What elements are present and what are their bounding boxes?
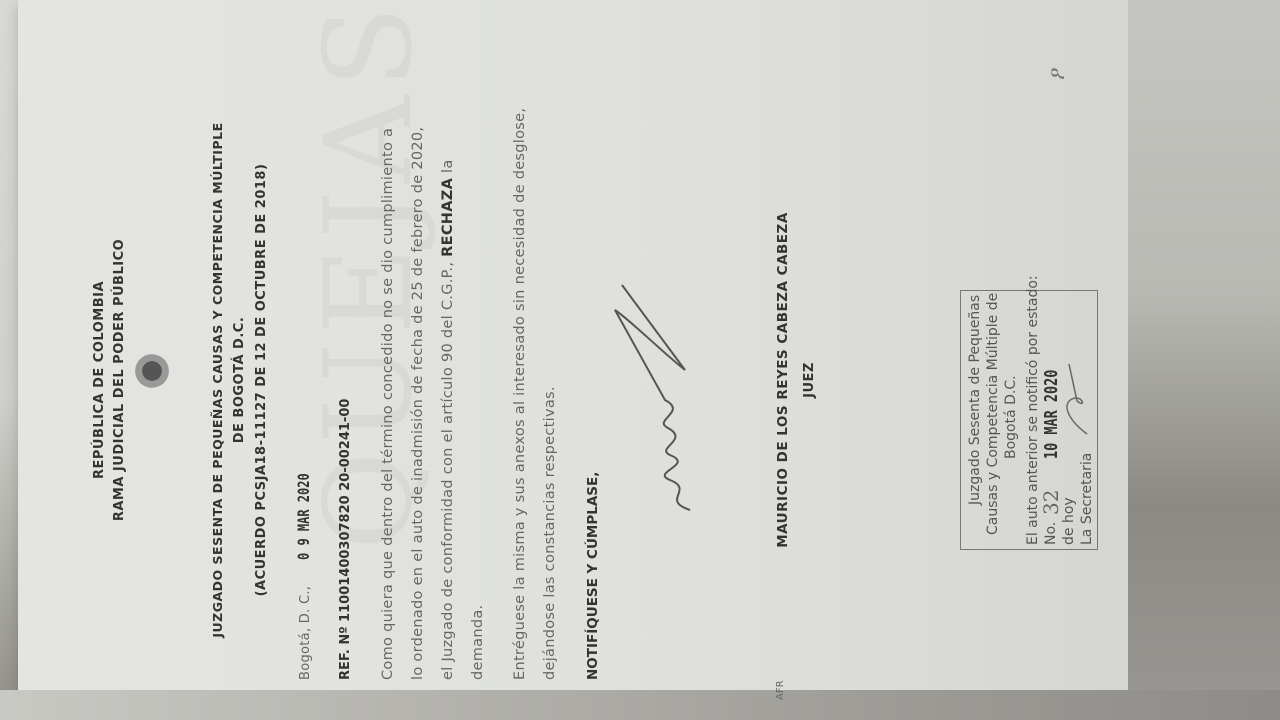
colombia-coat-of-arms-icon (130, 354, 170, 388)
stamp-secretary: La Secretaria (1079, 453, 1095, 545)
date-stamp: 0 9 MAR 2020 (294, 444, 313, 560)
notification-stamp: Juzgado Sesenta de Pequeñas Causas y Com… (960, 290, 1098, 550)
stamp-line1: Juzgado Sesenta de Pequeñas (967, 295, 983, 505)
court-city: DE BOGOTÁ D.C. (232, 100, 247, 660)
paragraph1-line3: el Juzgado de conformidad con el artícul… (440, 159, 456, 680)
stamp-line3: Bogotá D.C. (1003, 375, 1019, 459)
reference-number: REF. Nº 11001400307820 20-00241-00 (338, 399, 353, 680)
paragraph1-line1: Como quiera que dentro del término conce… (380, 128, 396, 680)
reject-keyword: RECHAZA (440, 178, 456, 257)
stamp-number: 32 (1039, 490, 1063, 515)
paragraph1-line4: demanda. (470, 605, 486, 680)
stamp-line2: Causas y Competencia Múltiple de (985, 293, 1001, 535)
place-label: Bogotá, D. C., (298, 586, 313, 680)
paragraph1-line2: lo ordenado en el auto de inadmisión de … (410, 127, 426, 680)
corner-handwritten-mark: ዖ (1045, 67, 1070, 80)
stamp-of-today: de hoy (1061, 497, 1077, 545)
rotated-document: QUEJAS REPÚBLICA DE COLOMBIA RAMA JUDICI… (40, 20, 1100, 700)
closing-formula: NOTIFÍQUESE Y CÚMPLASE, (585, 472, 601, 680)
header-country: REPÚBLICA DE COLOMBIA (92, 100, 107, 660)
paragraph2-line1: Entréguese la misma y sus anexos al inte… (512, 108, 528, 680)
court-name: JUZGADO SESENTA DE PEQUEÑAS CAUSAS Y COM… (210, 100, 225, 660)
background-surface (1128, 0, 1280, 720)
header-branch: RAMA JUDICIAL DEL PODER PÚBLICO (112, 100, 127, 660)
judge-signature (600, 260, 720, 520)
typist-initials: AFR (775, 680, 786, 700)
secretary-signature (1057, 359, 1097, 439)
stamp-number-label: No. (1043, 522, 1059, 545)
judge-name: MAURICIO DE LOS REYES CABEZA CABEZA (775, 100, 791, 660)
agreement-ref: (ACUERDO PCSJA18-11127 DE 12 DE OCTUBRE … (254, 100, 269, 660)
judge-title: JUEZ (802, 100, 817, 660)
paragraph2-line2: dejándose las constancias respectivas. (542, 386, 558, 680)
